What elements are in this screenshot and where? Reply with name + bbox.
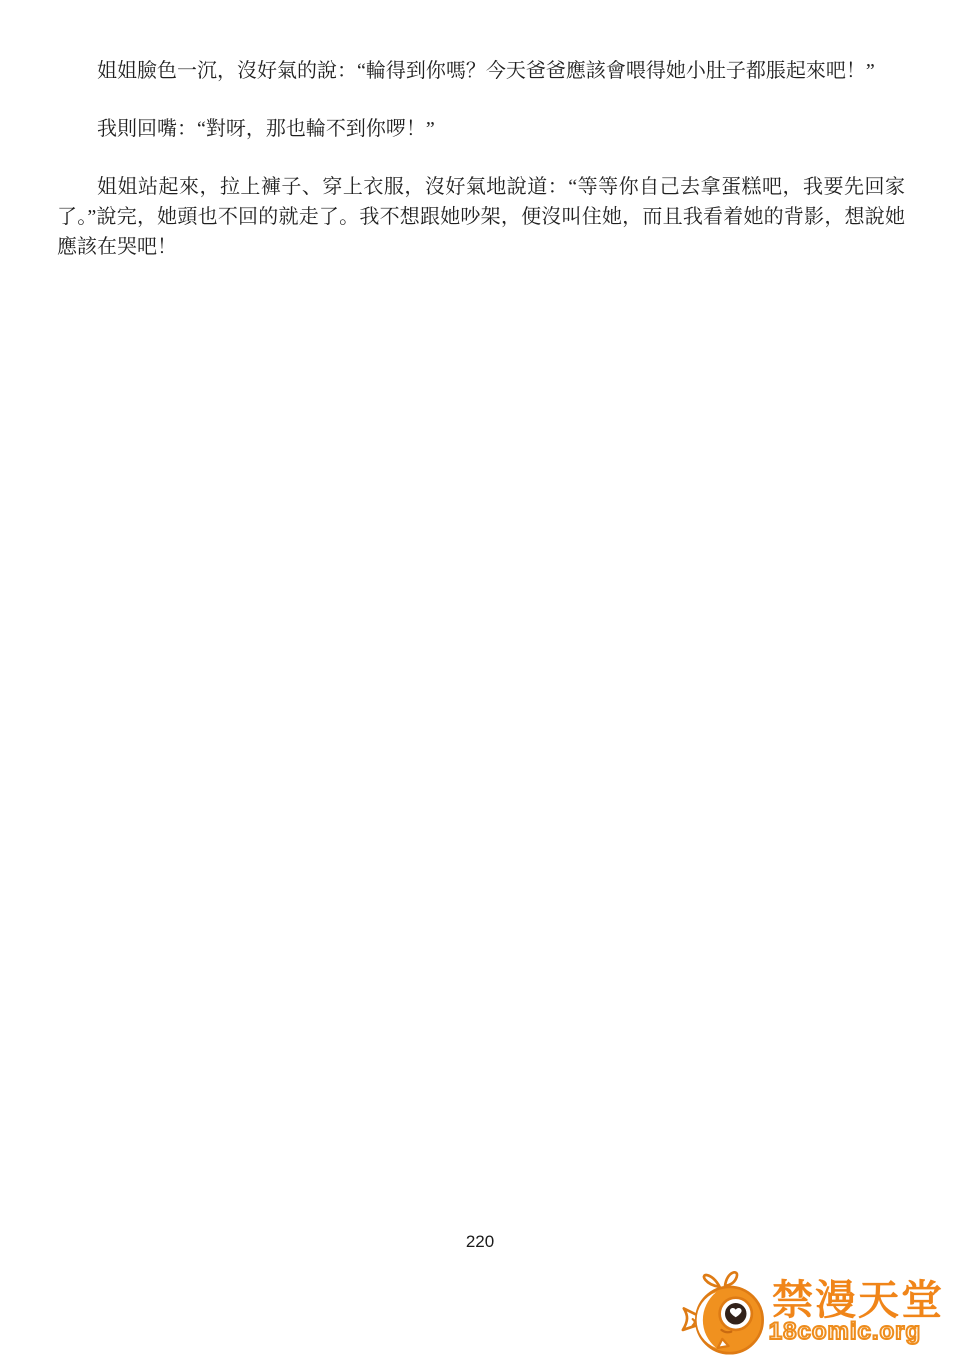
orange-mascot-heart-eye-icon [680, 1269, 770, 1355]
page-number: 220 [0, 1232, 960, 1252]
paragraph: 我則回嘴：“對呀，那也輪不到你啰！” [57, 114, 905, 144]
paragraph: 姐姐臉色一沉，沒好氣的說：“輪得到你嗎？今天爸爸應該會喂得她小肚子都脹起來吧！” [57, 56, 905, 86]
site-name: 禁漫天堂 [772, 1279, 944, 1321]
paragraph: 姐姐站起來，拉上褲子、穿上衣服，沒好氣地說道：“等等你自己去拿蛋糕吧，我要先回家… [57, 172, 905, 262]
watermark-text: 禁漫天堂 18comic.org [772, 1279, 944, 1345]
text-block: 姐姐臉色一沉，沒好氣的說：“輪得到你嗎？今天爸爸應該會喂得她小肚子都脹起來吧！”… [0, 0, 960, 290]
document-page: 姐姐臉色一沉，沒好氣的說：“輪得到你嗎？今天爸爸應該會喂得她小肚子都脹起來吧！”… [0, 0, 960, 1357]
site-url: 18comic.org [769, 1319, 921, 1345]
watermark-logo: 禁漫天堂 18comic.org [680, 1269, 944, 1355]
